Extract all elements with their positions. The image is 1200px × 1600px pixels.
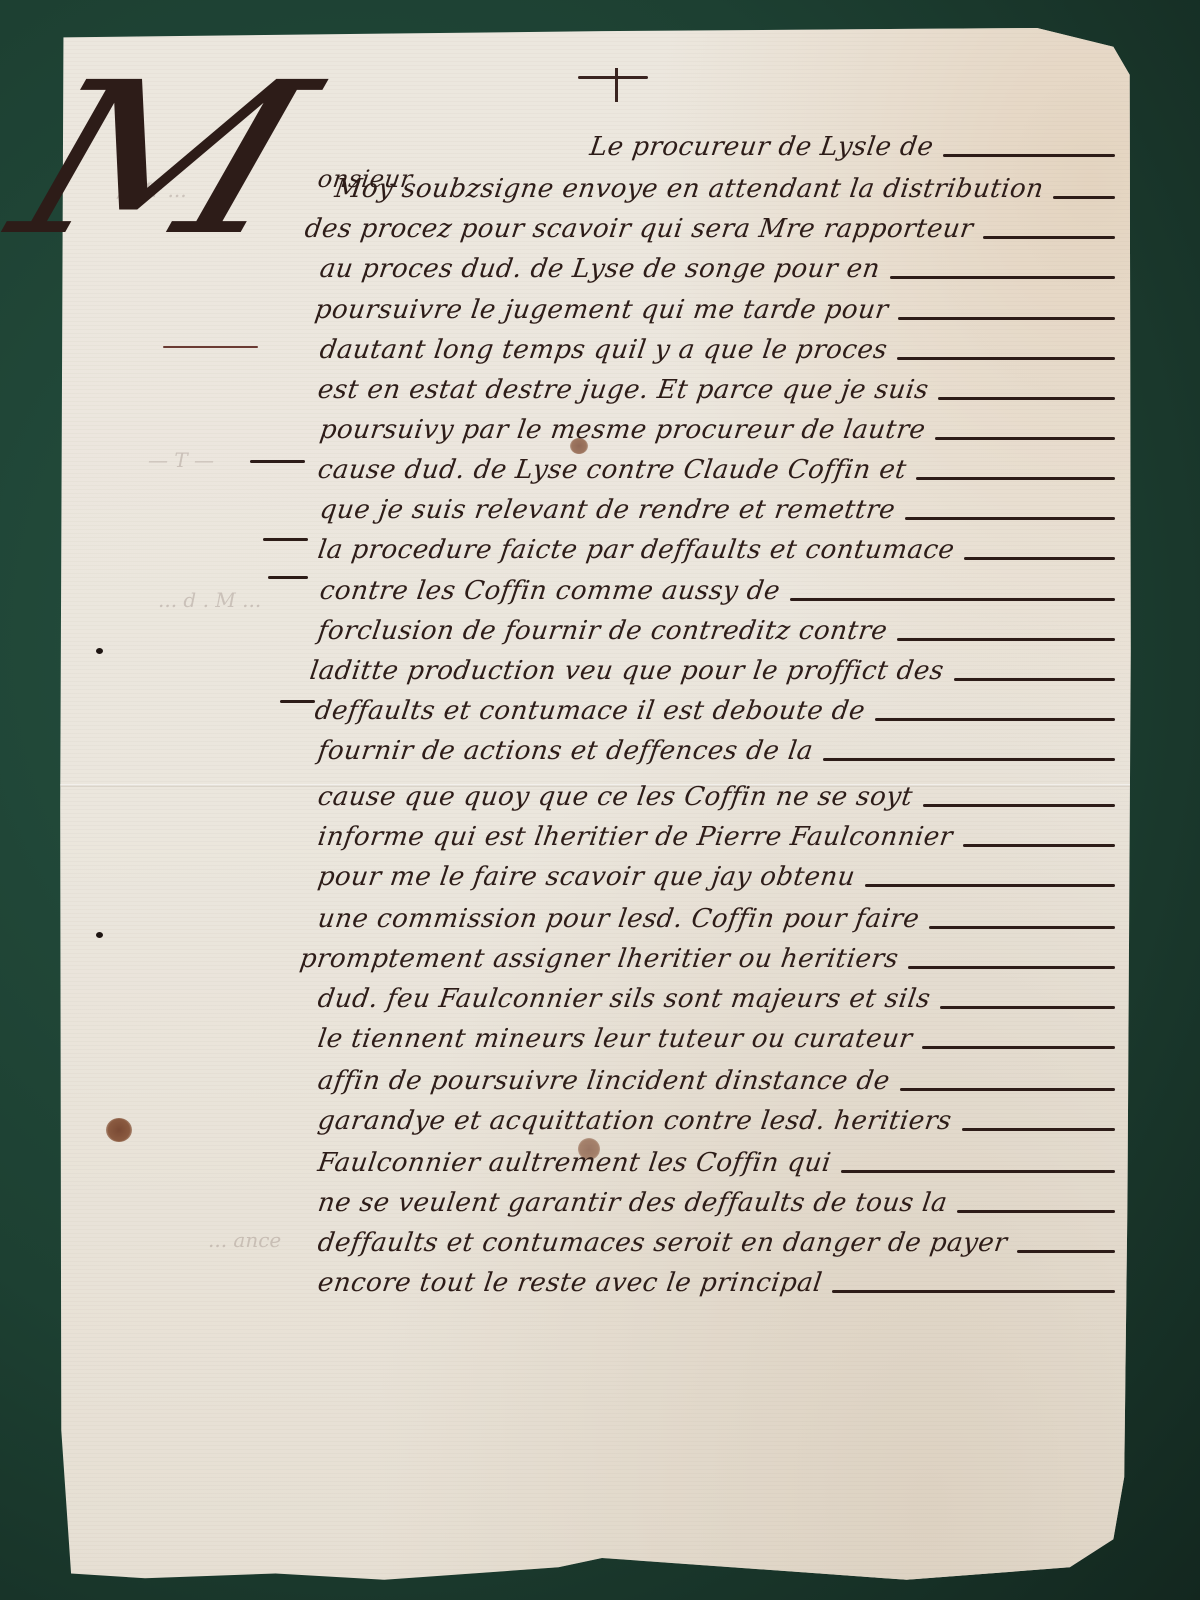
- line-filler-stroke: [832, 1290, 1115, 1293]
- manuscript-line: deffaults et contumaces seroit en danger…: [316, 1228, 1009, 1258]
- line-text: au proces dud. de Lyse de songe pour en: [318, 254, 882, 284]
- manuscript-line: le tiennent mineurs leur tuteur ou curat…: [316, 1024, 915, 1054]
- manuscript-line: que je suis relevant de rendre et remett…: [318, 495, 897, 525]
- line-filler-stroke: [908, 966, 1115, 969]
- manuscript-line: dautant long temps quil y a que le proce…: [318, 335, 889, 365]
- ink-stain: [106, 1118, 132, 1142]
- line-filler-stroke: [916, 477, 1115, 480]
- line-text: poursuivre le jugement qui me tarde pour: [313, 295, 891, 325]
- margin-arrow-icon: [163, 346, 258, 348]
- line-text: Faulconnier aultrement les Coffin qui: [316, 1148, 833, 1178]
- line-filler-stroke: [841, 1170, 1115, 1173]
- line-text: dautant long temps quil y a que le proce…: [318, 335, 889, 365]
- line-filler-stroke: [890, 276, 1115, 279]
- line-text: contre les Coffin comme aussy de: [318, 576, 782, 606]
- line-text: forclusion de fournir de contreditz cont…: [316, 616, 889, 646]
- manuscript-line: Le procureur de Lysle de: [588, 132, 936, 162]
- line-text: encore tout le reste avec le principal: [316, 1268, 824, 1298]
- ghost-writing: ... ance: [208, 1228, 281, 1252]
- ghost-writing: ... d . M ...: [158, 588, 261, 612]
- line-text: pour me le faire scavoir que jay obtenu: [316, 862, 857, 892]
- manuscript-line: encore tout le reste avec le principal: [316, 1268, 824, 1298]
- line-text: deffaults et contumace il est deboute de: [313, 696, 867, 726]
- line-dash: [268, 576, 308, 579]
- line-filler-stroke: [983, 236, 1115, 239]
- line-text: une commission pour lesd. Coffin pour fa…: [316, 904, 921, 934]
- line-dash: [263, 538, 308, 541]
- line-filler-stroke: [962, 1128, 1115, 1131]
- line-filler-stroke: [1017, 1250, 1115, 1253]
- line-text: fournir de actions et deffences de la: [316, 736, 815, 766]
- manuscript-line: affin de poursuivre lincident dinstance …: [316, 1066, 892, 1096]
- ink-dot: [96, 932, 103, 938]
- line-filler-stroke: [964, 557, 1115, 560]
- line-filler-stroke: [957, 1210, 1115, 1213]
- manuscript-line: Moy soubzsigne envoye en attendant la di…: [333, 174, 1046, 204]
- line-filler-stroke: [875, 718, 1115, 721]
- ink-dot: [96, 648, 103, 654]
- line-text: cause dud. de Lyse contre Claude Coffin …: [316, 455, 909, 485]
- ghost-writing: — T —: [148, 448, 214, 472]
- line-filler-stroke: [922, 1046, 1115, 1049]
- manuscript-line: laditte production veu que pour le proff…: [308, 656, 946, 686]
- manuscript-line: poursuivy par le mesme procureur de laut…: [318, 415, 928, 445]
- line-filler-stroke: [823, 758, 1115, 761]
- manuscript-line: deffaults et contumace il est deboute de: [313, 696, 867, 726]
- line-filler-stroke: [897, 638, 1115, 641]
- line-text: Le procureur de Lysle de: [588, 132, 936, 162]
- line-text: le tiennent mineurs leur tuteur ou curat…: [316, 1024, 915, 1054]
- manuscript-line: informe qui est lheritier de Pierre Faul…: [316, 822, 955, 852]
- manuscript-line: dud. feu Faulconnier sils sont majeurs e…: [316, 984, 933, 1014]
- line-filler-stroke: [1053, 196, 1115, 199]
- manuscript-line: cause dud. de Lyse contre Claude Coffin …: [316, 455, 909, 485]
- line-text: garandye et acquittation contre lesd. he…: [316, 1106, 954, 1136]
- line-filler-stroke: [790, 598, 1115, 601]
- line-text: poursuivy par le mesme procureur de laut…: [318, 415, 928, 445]
- line-dash: [280, 700, 315, 703]
- manuscript-line: une commission pour lesd. Coffin pour fa…: [316, 904, 921, 934]
- line-text: que je suis relevant de rendre et remett…: [318, 495, 897, 525]
- line-filler-stroke: [954, 678, 1115, 681]
- manuscript-line: fournir de actions et deffences de la: [316, 736, 815, 766]
- line-filler-stroke: [943, 154, 1115, 157]
- line-filler-stroke: [905, 517, 1115, 520]
- line-filler-stroke: [935, 437, 1115, 440]
- line-text: informe qui est lheritier de Pierre Faul…: [316, 822, 955, 852]
- line-filler-stroke: [940, 1006, 1115, 1009]
- manuscript-line: pour me le faire scavoir que jay obtenu: [316, 862, 857, 892]
- line-filler-stroke: [865, 884, 1115, 887]
- line-text: deffaults et contumaces seroit en danger…: [316, 1228, 1009, 1258]
- manuscript-line: garandye et acquittation contre lesd. he…: [316, 1106, 954, 1136]
- line-filler-stroke: [900, 1088, 1115, 1091]
- manuscript-line: des procez pour scavoir qui sera Mre rap…: [303, 214, 975, 244]
- line-filler-stroke: [898, 317, 1115, 320]
- line-text: affin de poursuivre lincident dinstance …: [316, 1066, 892, 1096]
- manuscript-line: Faulconnier aultrement les Coffin qui: [316, 1148, 833, 1178]
- line-text: promptement assigner lheritier ou heriti…: [298, 944, 901, 974]
- line-filler-stroke: [897, 357, 1115, 360]
- manuscript-line: cause que quoy que ce les Coffin ne se s…: [316, 782, 915, 812]
- invocation-cross-icon: [578, 68, 648, 108]
- manuscript-line: ne se veulent garantir des deffaults de …: [316, 1188, 949, 1218]
- line-text: est en estat destre juge. Et parce que j…: [316, 375, 931, 405]
- manuscript-line: est en estat destre juge. Et parce que j…: [316, 375, 931, 405]
- manuscript-line: au proces dud. de Lyse de songe pour en: [318, 254, 882, 284]
- line-filler-stroke: [929, 926, 1115, 929]
- line-text: dud. feu Faulconnier sils sont majeurs e…: [316, 984, 933, 1014]
- line-filler-stroke: [938, 397, 1115, 400]
- line-text: la procedure faicte par deffaults et con…: [316, 535, 957, 565]
- manuscript-line: poursuivre le jugement qui me tarde pour: [313, 295, 891, 325]
- manuscript-line: la procedure faicte par deffaults et con…: [316, 535, 957, 565]
- line-filler-stroke: [923, 804, 1115, 807]
- line-text: cause que quoy que ce les Coffin ne se s…: [316, 782, 915, 812]
- line-dash: [250, 460, 305, 463]
- line-text: ne se veulent garantir des deffaults de …: [316, 1188, 949, 1218]
- manuscript-line: promptement assigner lheritier ou heriti…: [298, 944, 901, 974]
- line-text: Moy soubzsigne envoye en attendant la di…: [333, 174, 1046, 204]
- line-text: laditte production veu que pour le proff…: [308, 656, 946, 686]
- line-text: des procez pour scavoir qui sera Mre rap…: [303, 214, 975, 244]
- manuscript-line: contre les Coffin comme aussy de: [318, 576, 782, 606]
- line-filler-stroke: [963, 844, 1115, 847]
- manuscript-line: forclusion de fournir de contreditz cont…: [316, 616, 889, 646]
